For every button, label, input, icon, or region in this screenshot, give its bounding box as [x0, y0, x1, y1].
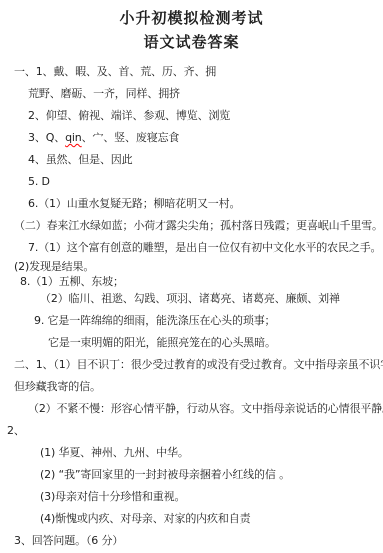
answer-line: 2、: [0, 420, 383, 442]
spellcheck-word: qin: [65, 131, 82, 144]
answer-line: （2）临川、祖逖、勾践、项羽、诸葛亮、诸葛亮、廉颇、刘禅: [0, 288, 383, 310]
document-title: 小升初模拟检测考试: [0, 6, 383, 30]
answer-line: 8.（1）五柳、东坡；: [0, 275, 383, 288]
answer-line: 2、仰望、俯视、端详、参观、博览、浏览: [0, 105, 383, 127]
answer-line: 3、Q、qin、宀、竖、废寝忘食: [0, 127, 383, 149]
document-subtitle: 语文试卷答案: [0, 30, 383, 54]
answer-line: 它是一束明媚的阳光，能照亮笼在的心头黑暗。: [0, 332, 383, 354]
answer-line: 3、回答问题。（6 分）: [0, 530, 383, 552]
answer-line: （2）不紧不慢：形容心情平静，行动从容。文中指母亲说话的心情很平静。: [0, 398, 383, 420]
answer-line: 6.（1）山重水复疑无路；柳暗花明又一村。: [0, 193, 383, 215]
answer-line: (2) “我”寄回家里的一封封被母亲捆着小红线的信 。: [0, 464, 383, 486]
document-page: 小升初模拟检测考试 语文试卷答案 一、1、戴、暇、及、首、荒、历、齐、拥荒野、磨…: [0, 0, 383, 553]
answer-line: 5. D: [0, 171, 383, 193]
answer-line: (4)惭愧或内疚、对母亲、对家的内疚和自责: [0, 508, 383, 530]
answer-line: 但珍藏我寄的信。: [0, 376, 383, 398]
answer-line: （二）春来江水绿如蓝；小荷才露尖尖角；孤村落日残霞；更喜岷山千里雪。: [0, 215, 383, 237]
answer-line: 二、1、（1）目不识丁：很少受过教育的或没有受过教育。文中指母亲虽不识字: [0, 354, 383, 376]
answer-line: 7.（1）这个富有创意的雕塑，是出自一位仅有初中文化水平的农民之手。: [0, 237, 383, 259]
answer-line: 荒野、磨砺、一齐，同样、拥挤: [0, 83, 383, 105]
answer-line: (3)母亲对信十分珍惜和重视。: [0, 486, 383, 508]
answer-line: 4、虽然、但是、因此: [0, 149, 383, 171]
text-segment: 3、Q、: [28, 131, 65, 144]
text-segment: 、宀、竖、废寝忘食: [82, 131, 180, 144]
answer-line: (1) 华夏、神州、九州、中华。: [0, 442, 383, 464]
answer-lines: 一、1、戴、暇、及、首、荒、历、齐、拥荒野、磨砺、一齐，同样、拥挤2、仰望、俯视…: [0, 61, 383, 552]
answer-line: 一、1、戴、暇、及、首、荒、历、齐、拥: [0, 61, 383, 83]
answer-line: (2)发现是结果。: [0, 259, 383, 275]
answer-line: 9. 它是一阵绵绵的细雨，能洗涤压在心头的琐事；: [0, 310, 383, 332]
